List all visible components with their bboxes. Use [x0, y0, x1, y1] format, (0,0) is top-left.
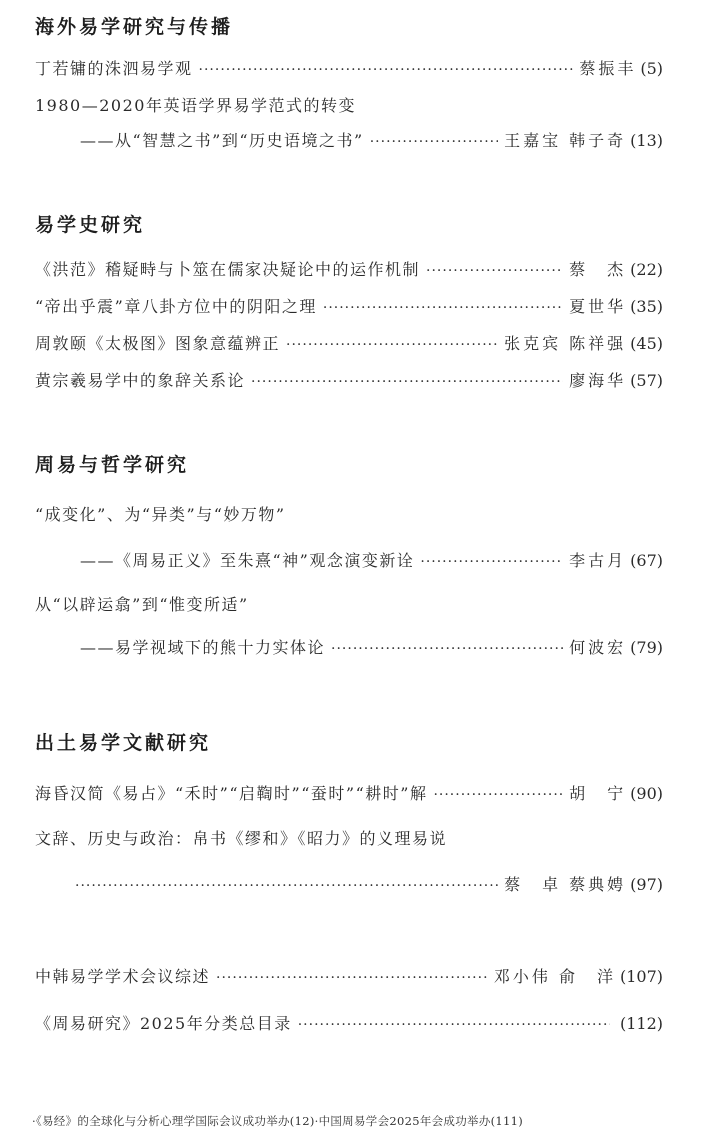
entry-page: (67): [630, 551, 663, 570]
dot-leader: [420, 554, 563, 570]
entry-title: 周敦颐《太极图》图象意蕴辨正: [35, 331, 280, 354]
dot-leader: [433, 787, 563, 803]
dot-leader: [370, 134, 498, 150]
entry-subtitle: ——从“智慧之书”到“历史语境之书”: [80, 128, 364, 151]
toc-entry[interactable]: ——从“智慧之书”到“历史语境之书” 王嘉宝 韩子奇 (13): [80, 128, 663, 152]
entry-page: (79): [630, 638, 663, 657]
dot-leader: [75, 878, 498, 894]
toc-entry[interactable]: ——易学视域下的熊十力实体论 何波宏 (79): [80, 635, 663, 659]
entry-title-line[interactable]: 从“以辟运翕”到“惟变所适”: [35, 592, 249, 615]
entry-title-line[interactable]: “成变化”、为“异类”与“妙万物”: [35, 502, 286, 525]
entry-title-line[interactable]: 文辞、历史与政治：帛书《缪和》《昭力》的义理易说: [35, 826, 447, 849]
toc-entry[interactable]: 蔡 卓 蔡典娉 (97): [75, 872, 663, 896]
dot-leader: [286, 337, 498, 353]
dot-leader: [298, 1017, 610, 1033]
entry-author: 胡 宁: [569, 781, 626, 804]
entry-page: (13): [630, 131, 663, 150]
entry-page: (45): [630, 334, 663, 353]
entry-title: 海昏汉简《易占》“禾时”“启鞫时”“蚕时”“耕时”解: [35, 781, 427, 804]
toc-entry[interactable]: 周敦颐《太极图》图象意蕴辨正 张克宾 陈祥强 (45): [35, 331, 663, 355]
entry-author: 蔡振丰: [579, 56, 636, 79]
entry-page: (22): [630, 260, 663, 279]
entry-title: “帝出乎震”章八卦方位中的阴阳之理: [35, 294, 317, 317]
entry-author: 蔡 杰: [569, 257, 626, 280]
entry-title: 中韩易学学术会议综述: [35, 964, 210, 987]
dot-leader: [426, 263, 563, 279]
dot-leader: [251, 374, 563, 390]
section-title-overseas: 海外易学研究与传播: [35, 12, 233, 39]
entry-title: 黄宗羲易学中的象辞关系论: [35, 368, 245, 391]
dot-leader: [199, 62, 574, 78]
entry-title: 《周易研究》2025年分类总目录: [35, 1011, 292, 1034]
entry-page: (112): [620, 1014, 663, 1033]
entry-author: 邓小伟 俞 洋: [494, 964, 616, 987]
dot-leader: [323, 300, 563, 316]
entry-page: (107): [620, 967, 663, 986]
section-title-excavated: 出土易学文献研究: [35, 728, 211, 755]
entry-page: (5): [640, 59, 663, 78]
entry-author: 王嘉宝 韩子奇: [504, 128, 626, 151]
toc-entry[interactable]: 黄宗羲易学中的象辞关系论 廖海华 (57): [35, 368, 663, 392]
section-title-philosophy: 周易与哲学研究: [35, 450, 189, 477]
entry-author: 何波宏: [569, 635, 626, 658]
entry-page: (35): [630, 297, 663, 316]
entry-page: (57): [630, 371, 663, 390]
toc-entry[interactable]: 中韩易学学术会议综述 邓小伟 俞 洋 (107): [35, 964, 663, 988]
entry-title: 《洪范》稽疑畤与卜筮在儒家决疑论中的运作机制: [35, 257, 420, 280]
entry-subtitle: ——易学视域下的熊十力实体论: [80, 635, 325, 658]
footer-note: ·《易经》的全球化与分析心理学国际会议成功举办(12)·中国周易学会2025年会…: [32, 1113, 523, 1129]
entry-title-line[interactable]: 1980—2020年英语学界易学范式的转变: [35, 93, 356, 116]
toc-entry[interactable]: 丁若镛的洙泗易学观 蔡振丰 (5): [35, 56, 663, 80]
toc-entry[interactable]: ——《周易正义》至朱熹“神”观念演变新诠 李古月 (67): [80, 548, 663, 572]
entry-author: 蔡 卓 蔡典娉: [504, 872, 626, 895]
entry-page: (97): [630, 875, 663, 894]
toc-entry[interactable]: 《周易研究》2025年分类总目录 (112): [35, 1011, 663, 1035]
entry-page: (90): [630, 784, 663, 803]
entry-title: 丁若镛的洙泗易学观: [35, 56, 193, 79]
toc-entry[interactable]: “帝出乎震”章八卦方位中的阴阳之理 夏世华 (35): [35, 294, 663, 318]
entry-author: 张克宾 陈祥强: [504, 331, 626, 354]
entry-author: 廖海华: [569, 368, 626, 391]
toc-entry[interactable]: 《洪范》稽疑畤与卜筮在儒家决疑论中的运作机制 蔡 杰 (22): [35, 257, 663, 281]
entry-subtitle: ——《周易正义》至朱熹“神”观念演变新诠: [80, 548, 414, 571]
entry-author: 夏世华: [569, 294, 626, 317]
section-title-history: 易学史研究: [35, 210, 145, 237]
dot-leader: [216, 970, 488, 986]
entry-author: 李古月: [569, 548, 626, 571]
dot-leader: [331, 641, 563, 657]
toc-entry[interactable]: 海昏汉简《易占》“禾时”“启鞫时”“蚕时”“耕时”解 胡 宁 (90): [35, 781, 663, 805]
